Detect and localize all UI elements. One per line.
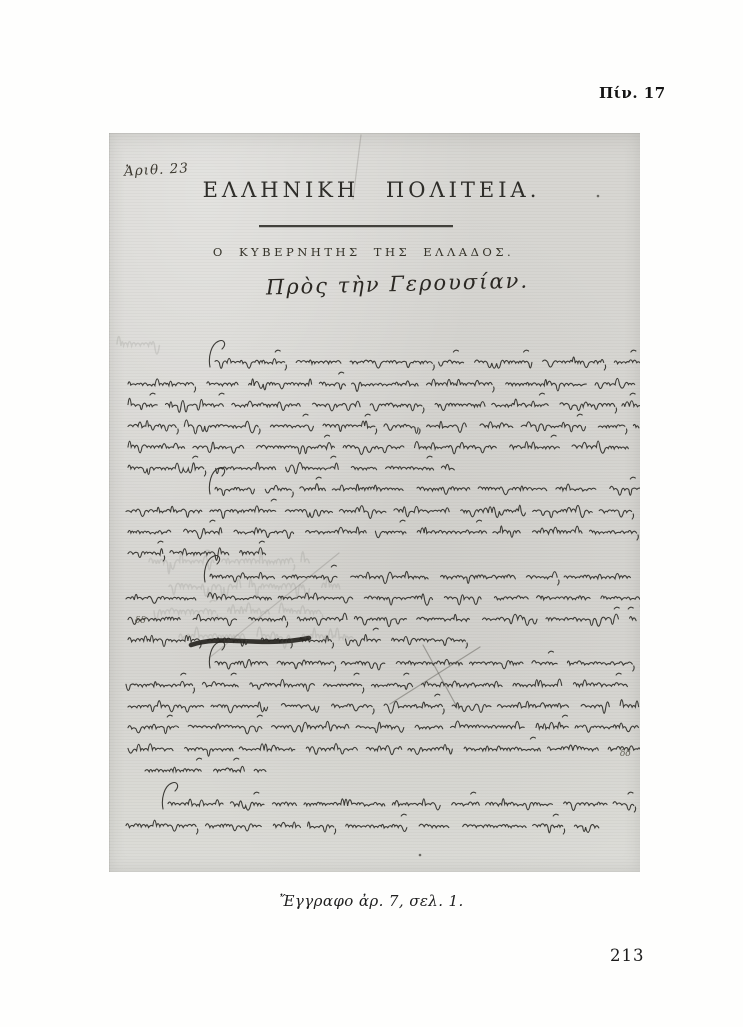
margin-mark: δδ <box>135 616 146 626</box>
bleed-through-mark <box>149 550 309 573</box>
handwriting-line <box>128 435 628 454</box>
handwriting-line <box>128 694 639 714</box>
handwriting-line <box>126 673 627 693</box>
handwriting-line <box>209 468 640 497</box>
handwriting-body <box>109 133 640 872</box>
margin-mark: δδ <box>620 749 631 759</box>
handwriting-line <box>128 520 638 540</box>
figure-caption: Ἔγγραφο ἀρ. 7, σελ. 1. <box>0 892 743 910</box>
plate-label: Πίν. 17 <box>599 84 666 102</box>
handwriting-line <box>128 372 635 392</box>
handwriting-line <box>128 715 638 734</box>
pencil-stroke <box>423 645 457 707</box>
book-page: Πίν. 17 Ἀριθ. 23 ΕΛΛΗΝΙΚΗ ΠΟΛΙΤΕΙΑ. Ο ΚΥ… <box>0 0 743 1027</box>
paper-speck <box>419 854 422 857</box>
document-scan: Ἀριθ. 23 ΕΛΛΗΝΙΚΗ ΠΟΛΙΤΕΙΑ. Ο ΚΥΒΕΡΝΗΤΗΣ… <box>109 133 640 872</box>
handwriting-line <box>126 593 640 606</box>
pencil-stroke <box>353 135 361 199</box>
handwriting-line <box>128 737 640 756</box>
handwriting-line <box>128 414 639 434</box>
paper-speck <box>597 195 600 198</box>
handwriting-line <box>128 541 266 561</box>
bleed-through-mark <box>117 336 159 354</box>
handwriting-line <box>209 642 634 671</box>
handwriting-line <box>126 499 634 519</box>
handwriting-line <box>209 341 640 370</box>
handwriting-line <box>128 393 640 413</box>
handwriting-line <box>162 783 635 812</box>
handwriting-line <box>145 758 266 772</box>
handwriting-line <box>128 456 454 476</box>
bleed-through-mark <box>179 627 353 648</box>
page-number: 213 <box>610 946 645 965</box>
handwriting-line <box>126 814 599 834</box>
